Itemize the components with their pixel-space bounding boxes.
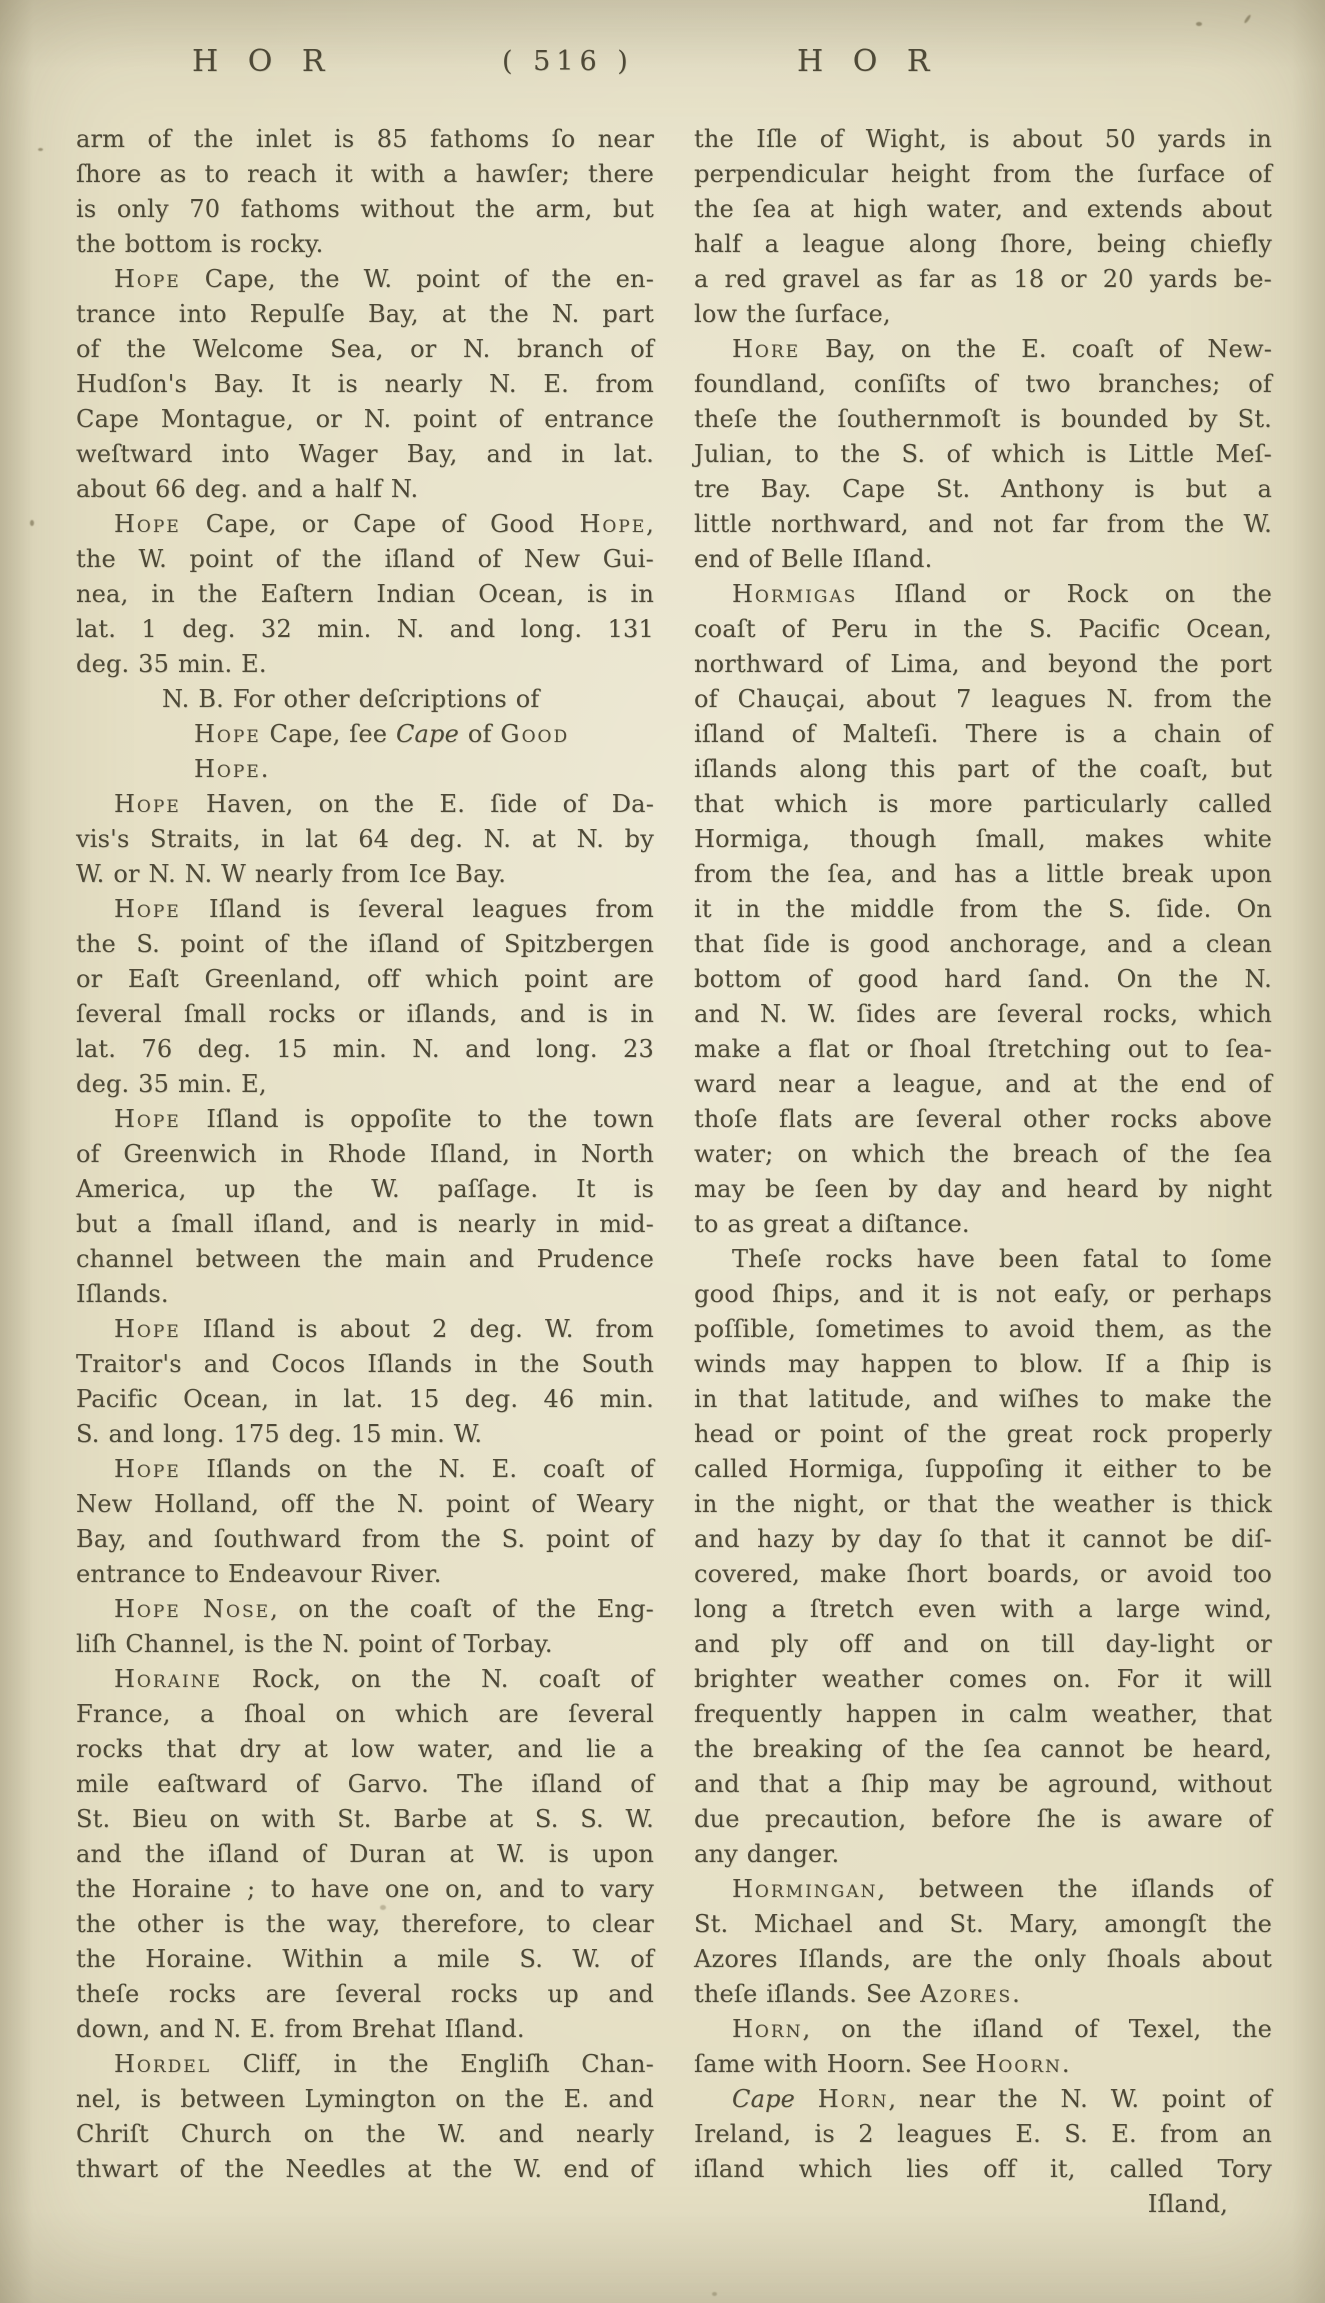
text-line: weſtward into Wager Bay, and in lat.: [76, 437, 654, 472]
text-line: called Hormiga, ſuppoſing it either to b…: [694, 1452, 1272, 1487]
text-line: the S. point of the iſland of Spitzberge…: [76, 927, 654, 962]
text-line: theſe the ſouthernmoſt is bounded by St.: [694, 402, 1272, 437]
text-line: brighter weather comes on. For it will: [694, 1662, 1272, 1697]
text-line: Hope Haven, on the E. ſide of Da-: [76, 787, 654, 822]
text-line: the breaking of the ſea cannot be heard,: [694, 1732, 1272, 1767]
text-line: Hormigas Iſland or Rock on the: [694, 577, 1272, 612]
text-line: deg. 35 min. E.: [76, 647, 654, 682]
text-line: Horn, on the iſland of Texel, the: [694, 2012, 1272, 2047]
text-column-right: the Iſle of Wight, is about 50 yards inp…: [694, 122, 1272, 2222]
text-line: of Chauçai, about 7 leagues N. from the: [694, 682, 1272, 717]
text-line: the other is the way, therefore, to clea…: [76, 1907, 654, 1942]
text-line: bottom of good hard ſand. On the N.: [694, 962, 1272, 997]
text-line: deg. 35 min. E,: [76, 1067, 654, 1102]
text-line: and that a ſhip may be aground, without: [694, 1767, 1272, 1802]
text-line: in the night, or that the weather is thi…: [694, 1487, 1272, 1522]
paper-speck: [30, 520, 34, 526]
text-line: and the iſland of Duran at W. is upon: [76, 1837, 654, 1872]
text-line: trance into Repulſe Bay, at the N. part: [76, 297, 654, 332]
text-line: long a ſtretch even with a large wind,: [694, 1592, 1272, 1627]
text-line: Chriſt Church on the W. and nearly: [76, 2117, 654, 2152]
text-line: Theſe rocks have been fatal to ſome: [694, 1242, 1272, 1277]
paper-speck: [712, 2292, 717, 2296]
paper-speck: [1196, 22, 1202, 26]
text-line: Hope Cape, or Cape of Good Hope,: [76, 507, 654, 542]
text-line: ward near a league, and at the end of: [694, 1067, 1272, 1102]
text-line: northward of Lima, and beyond the port: [694, 647, 1272, 682]
text-line: make a flat or ſhoal ſtretching out to ſ…: [694, 1032, 1272, 1067]
text-line: lat. 1 deg. 32 min. N. and long. 131: [76, 612, 654, 647]
text-line: Hormiga, though ſmall, makes white: [694, 822, 1272, 857]
text-line: any danger.: [694, 1837, 1272, 1872]
text-line: down, and N. E. from Brehat Iſland.: [76, 2012, 654, 2047]
text-line: the ſea at high water, and extends about: [694, 192, 1272, 227]
text-line: theſe iſlands. See Azores.: [694, 1977, 1272, 2012]
text-line: iſland which lies off it, called Tory: [694, 2152, 1272, 2187]
text-line: may be ſeen by day and heard by night: [694, 1172, 1272, 1207]
text-line: head or point of the great rock properly: [694, 1417, 1272, 1452]
text-line: St. Michael and St. Mary, amongſt the: [694, 1907, 1272, 1942]
text-line: Iſland,: [694, 2187, 1272, 2222]
text-line: New Holland, off the N. point of Weary: [76, 1487, 654, 1522]
text-line: tre Bay. Cape St. Anthony is but a: [694, 472, 1272, 507]
text-line: the Horaine. Within a mile S. W. of: [76, 1942, 654, 1977]
text-line: Hope Nose, on the coaſt of the Eng-: [76, 1592, 654, 1627]
paper-speck: [38, 148, 43, 151]
text-line: France, a ſhoal on which are ſeveral: [76, 1697, 654, 1732]
running-title-left: H O R: [192, 44, 334, 79]
text-line: Bay, and ſouthward from the S. point of: [76, 1522, 654, 1557]
text-line: mile eaſtward of Garvo. The iſland of: [76, 1767, 654, 1802]
text-line: America, up the W. paſſage. It is: [76, 1172, 654, 1207]
text-line: entrance to Endeavour River.: [76, 1557, 654, 1592]
text-line: liſh Channel, is the N. point of Torbay.: [76, 1627, 654, 1662]
text-line: or Eaſt Greenland, off which point are: [76, 962, 654, 997]
text-line: Horaine Rock, on the N. coaſt of: [76, 1662, 654, 1697]
paper-speck: [1243, 14, 1251, 24]
text-line: foundland, conſiſts of two branches; of: [694, 367, 1272, 402]
text-line: Ireland, is 2 leagues E. S. E. from an: [694, 2117, 1272, 2152]
paper-speck: [380, 1905, 386, 1910]
text-line: covered, make ſhort boards, or avoid too: [694, 1557, 1272, 1592]
text-line: nea, in the Eaſtern Indian Ocean, is in: [76, 577, 654, 612]
text-line: Hope Iſland is oppoſite to the town: [76, 1102, 654, 1137]
text-line: winds may happen to blow. If a ſhip is: [694, 1347, 1272, 1382]
text-line: arm of the inlet is 85 fathoms ſo near: [76, 122, 654, 157]
text-line: iſlands along this part of the coaſt, bu…: [694, 752, 1272, 787]
text-line: and N. W. ſides are ſeveral rocks, which: [694, 997, 1272, 1032]
text-line: due precaution, before ſhe is aware of: [694, 1802, 1272, 1837]
text-line: St. Bieu on with St. Barbe at S. S. W.: [76, 1802, 654, 1837]
text-line: that which is more particularly called: [694, 787, 1272, 822]
text-line: good ſhips, and it is not eaſy, or perha…: [694, 1277, 1272, 1312]
text-line: Julian, to the S. of which is Little Meſ…: [694, 437, 1272, 472]
text-line: W. or N. N. W nearly from Ice Bay.: [76, 857, 654, 892]
text-line: little northward, and not far from the W…: [694, 507, 1272, 542]
text-line: Pacific Ocean, in lat. 15 deg. 46 min.: [76, 1382, 654, 1417]
text-line: the Iſle of Wight, is about 50 yards in: [694, 122, 1272, 157]
text-line: about 66 deg. and a half N.: [76, 472, 654, 507]
text-line: low the ſurface,: [694, 297, 1272, 332]
text-line: Traitor's and Cocos Iſlands in the South: [76, 1347, 654, 1382]
text-line: iſland of Malteſi. There is a chain of: [694, 717, 1272, 752]
text-line: Hormingan, between the iſlands of: [694, 1872, 1272, 1907]
text-line: Cape Horn, near the N. W. point of: [694, 2082, 1272, 2117]
text-line: Hope.: [76, 752, 654, 787]
text-line: end of Belle Iſland.: [694, 542, 1272, 577]
text-line: N. B. For other deſcriptions of: [76, 682, 654, 717]
text-line: the Horaine ; to have one on, and to var…: [76, 1872, 654, 1907]
text-line: is only 70 fathoms without the arm, but: [76, 192, 654, 227]
text-line: from the ſea, and has a little break upo…: [694, 857, 1272, 892]
text-line: the W. point of the iſland of New Gui-: [76, 542, 654, 577]
text-line: Iſlands.: [76, 1277, 654, 1312]
text-line: but a ſmall iſland, and is nearly in mid…: [76, 1207, 654, 1242]
text-line: rocks that dry at low water, and lie a: [76, 1732, 654, 1767]
running-title-right: H O R: [797, 44, 939, 79]
page-number: ( 516 ): [502, 46, 634, 77]
text-line: and hazy by day ſo that it cannot be diſ…: [694, 1522, 1272, 1557]
text-line: Hope Iſland is about 2 deg. W. from: [76, 1312, 654, 1347]
text-line: that ſide is good anchorage, and a clean: [694, 927, 1272, 962]
text-column-left: arm of the inlet is 85 fathoms ſo nearſh…: [76, 122, 654, 2187]
text-line: Cape Montague, or N. point of entrance: [76, 402, 654, 437]
text-line: poſſible, ſometimes to avoid them, as th…: [694, 1312, 1272, 1347]
text-line: ſhore as to reach it with a hawſer; ther…: [76, 157, 654, 192]
text-line: it in the middle from the S. ſide. On: [694, 892, 1272, 927]
scanned-book-page: H O R ( 516 ) H O R arm of the inlet is …: [0, 0, 1325, 2303]
text-line: channel between the main and Prudence: [76, 1242, 654, 1277]
text-line: Hope Iſlands on the N. E. coaſt of: [76, 1452, 654, 1487]
text-line: half a league along ſhore, being chiefly: [694, 227, 1272, 262]
text-line: of the Welcome Sea, or N. branch of: [76, 332, 654, 367]
text-line: thwart of the Needles at the W. end of: [76, 2152, 654, 2187]
text-line: thoſe flats are ſeveral other rocks abov…: [694, 1102, 1272, 1137]
text-line: Hope Cape, the W. point of the en-: [76, 262, 654, 297]
text-line: S. and long. 175 deg. 15 min. W.: [76, 1417, 654, 1452]
text-line: a red gravel as far as 18 or 20 yards be…: [694, 262, 1272, 297]
text-line: theſe rocks are ſeveral rocks up and: [76, 1977, 654, 2012]
text-line: the bottom is rocky.: [76, 227, 654, 262]
text-line: frequently happen in calm weather, that: [694, 1697, 1272, 1732]
text-line: in that latitude, and wiſhes to make the: [694, 1382, 1272, 1417]
text-line: ſeveral ſmall rocks or iſlands, and is i…: [76, 997, 654, 1032]
text-line: perpendicular height from the ſurface of: [694, 157, 1272, 192]
text-line: Azores Iſlands, are the only ſhoals abou…: [694, 1942, 1272, 1977]
text-line: Hope Iſland is ſeveral leagues from: [76, 892, 654, 927]
text-line: coaſt of Peru in the S. Pacific Ocean,: [694, 612, 1272, 647]
text-line: to as great a diſtance.: [694, 1207, 1272, 1242]
text-line: lat. 76 deg. 15 min. N. and long. 23: [76, 1032, 654, 1067]
text-line: and ply off and on till day-light or: [694, 1627, 1272, 1662]
text-line: nel, is between Lymington on the E. and: [76, 2082, 654, 2117]
text-line: Hudſon's Bay. It is nearly N. E. from: [76, 367, 654, 402]
text-line: Hordel Cliff, in the Engliſh Chan-: [76, 2047, 654, 2082]
text-line: Hope Cape, ſee Cape of Good: [76, 717, 654, 752]
text-line: ſame with Hoorn. See Hoorn.: [694, 2047, 1272, 2082]
text-line: vis's Straits, in lat 64 deg. N. at N. b…: [76, 822, 654, 857]
text-line: Hore Bay, on the E. coaſt of New-: [694, 332, 1272, 367]
text-line: water; on which the breach of the ſea: [694, 1137, 1272, 1172]
text-line: of Greenwich in Rhode Iſland, in North: [76, 1137, 654, 1172]
